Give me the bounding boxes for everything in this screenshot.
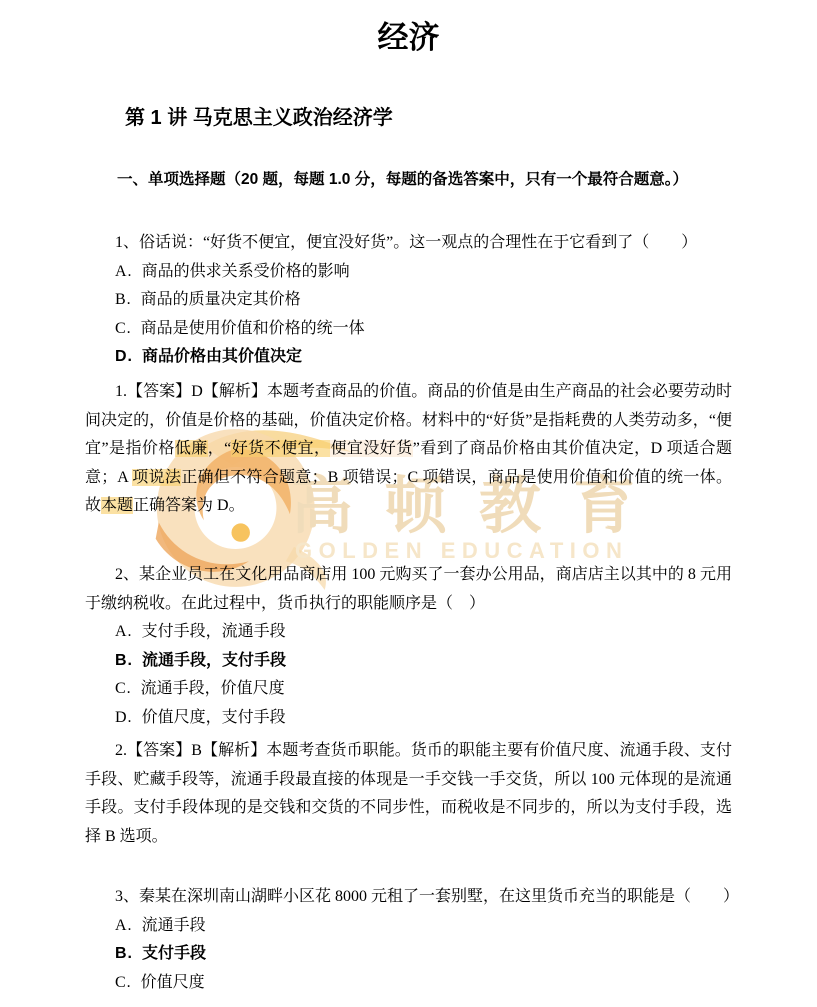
document-content: 经济 第 1 讲 马克思主义政治经济学 一、单项选择题（20 题，每题 1.0 …: [0, 0, 817, 1007]
option-row: A.支付手段，流通手段: [85, 618, 732, 647]
question-stem: 1、俗话说：“好货不便宜，便宜没好货”。这一观点的合理性在于它看到了（ ）: [85, 229, 732, 258]
highlighted-text: 项说法: [132, 469, 181, 486]
answer-text: 2.【答案】B【解析】本题考查货币职能。货币的职能主要有价值尺度、流通手段、支付…: [85, 742, 732, 845]
question-block: 1、俗话说：“好货不便宜，便宜没好货”。这一观点的合理性在于它看到了（ ）A.商…: [85, 229, 732, 372]
option-text: 流通手段，价值尺度: [141, 680, 285, 697]
question-block: 3、秦某在深圳南山湖畔小区花 8000 元租了一套别墅，在这里货币充当的职能是（…: [85, 883, 732, 997]
option-text: 流通手段，支付手段: [142, 652, 286, 669]
option-row: D.价值尺度，支付手段: [85, 704, 732, 733]
option-row: A.流通手段: [85, 912, 732, 941]
option-label: A.: [115, 263, 133, 280]
highlighted-text: 本题: [101, 497, 133, 514]
option-row: B.流通手段，支付手段: [85, 647, 732, 676]
answer-paragraph: 2.【答案】B【解析】本题考查货币职能。货币的职能主要有价值尺度、流通手段、支付…: [85, 737, 732, 851]
option-label: B.: [115, 652, 133, 669]
option-label: B.: [115, 945, 133, 962]
option-row: C.流通手段，价值尺度: [85, 675, 732, 704]
option-label: A.: [115, 623, 133, 640]
option-text: 流通手段: [142, 917, 206, 934]
highlighted-text: 好货不便宜，: [231, 440, 330, 457]
answer-text: 正确答案为 D。: [133, 497, 245, 514]
option-row: D.商品价格由其价值决定: [85, 343, 732, 372]
option-text: 商品价格由其价值决定: [142, 348, 302, 365]
option-label: C.: [115, 974, 132, 991]
option-label: C.: [115, 680, 132, 697]
highlighted-text: 便宜没好货: [330, 440, 412, 457]
option-row: C.商品是使用价值和价格的统一体: [85, 315, 732, 344]
option-text: 支付手段: [142, 945, 206, 962]
question-block: 2、某企业员工在文化用品商店用 100 元购买了一套办公用品，商店店主以其中的 …: [85, 561, 732, 732]
question-stem: 2、某企业员工在文化用品商店用 100 元购买了一套办公用品，商店店主以其中的 …: [85, 561, 732, 618]
option-label: D.: [115, 709, 133, 726]
answer-paragraph: 1.【答案】D【解析】本题考查商品的价值。商品的价值是由生产商品的社会必要劳动时…: [85, 378, 732, 521]
section-heading: 一、单项选择题（20 题，每题 1.0 分，每题的备选答案中，只有一个最符合题意…: [117, 169, 747, 191]
option-text: 支付手段，流通手段: [142, 623, 286, 640]
option-label: C.: [115, 320, 132, 337]
answer-text: ，“: [208, 440, 232, 457]
option-label: B.: [115, 291, 132, 308]
option-text: 商品的供求关系受价格的影响: [142, 263, 350, 280]
option-text: 价值尺度，支付手段: [142, 709, 286, 726]
option-row: B.商品的质量决定其价格: [85, 286, 732, 315]
document-page: 高顿教育 GOLDEN EDUCATION 经济 第 1 讲 马克思主义政治经济…: [0, 0, 817, 1007]
option-row: A.商品的供求关系受价格的影响: [85, 258, 732, 287]
question-stem: 3、秦某在深圳南山湖畔小区花 8000 元租了一套别墅，在这里货币充当的职能是（…: [85, 883, 732, 912]
lecture-heading: 第 1 讲 马克思主义政治经济学: [125, 104, 393, 132]
option-row: C.价值尺度: [85, 969, 732, 998]
option-label: D.: [115, 348, 133, 365]
option-text: 商品的质量决定其价格: [141, 291, 301, 308]
option-text: 价值尺度: [141, 974, 205, 991]
highlighted-text: 低廉: [175, 440, 208, 457]
option-label: A.: [115, 917, 133, 934]
option-row: B.支付手段: [85, 940, 732, 969]
page-title: 经济: [0, 18, 817, 58]
option-text: 商品是使用价值和价格的统一体: [141, 320, 365, 337]
